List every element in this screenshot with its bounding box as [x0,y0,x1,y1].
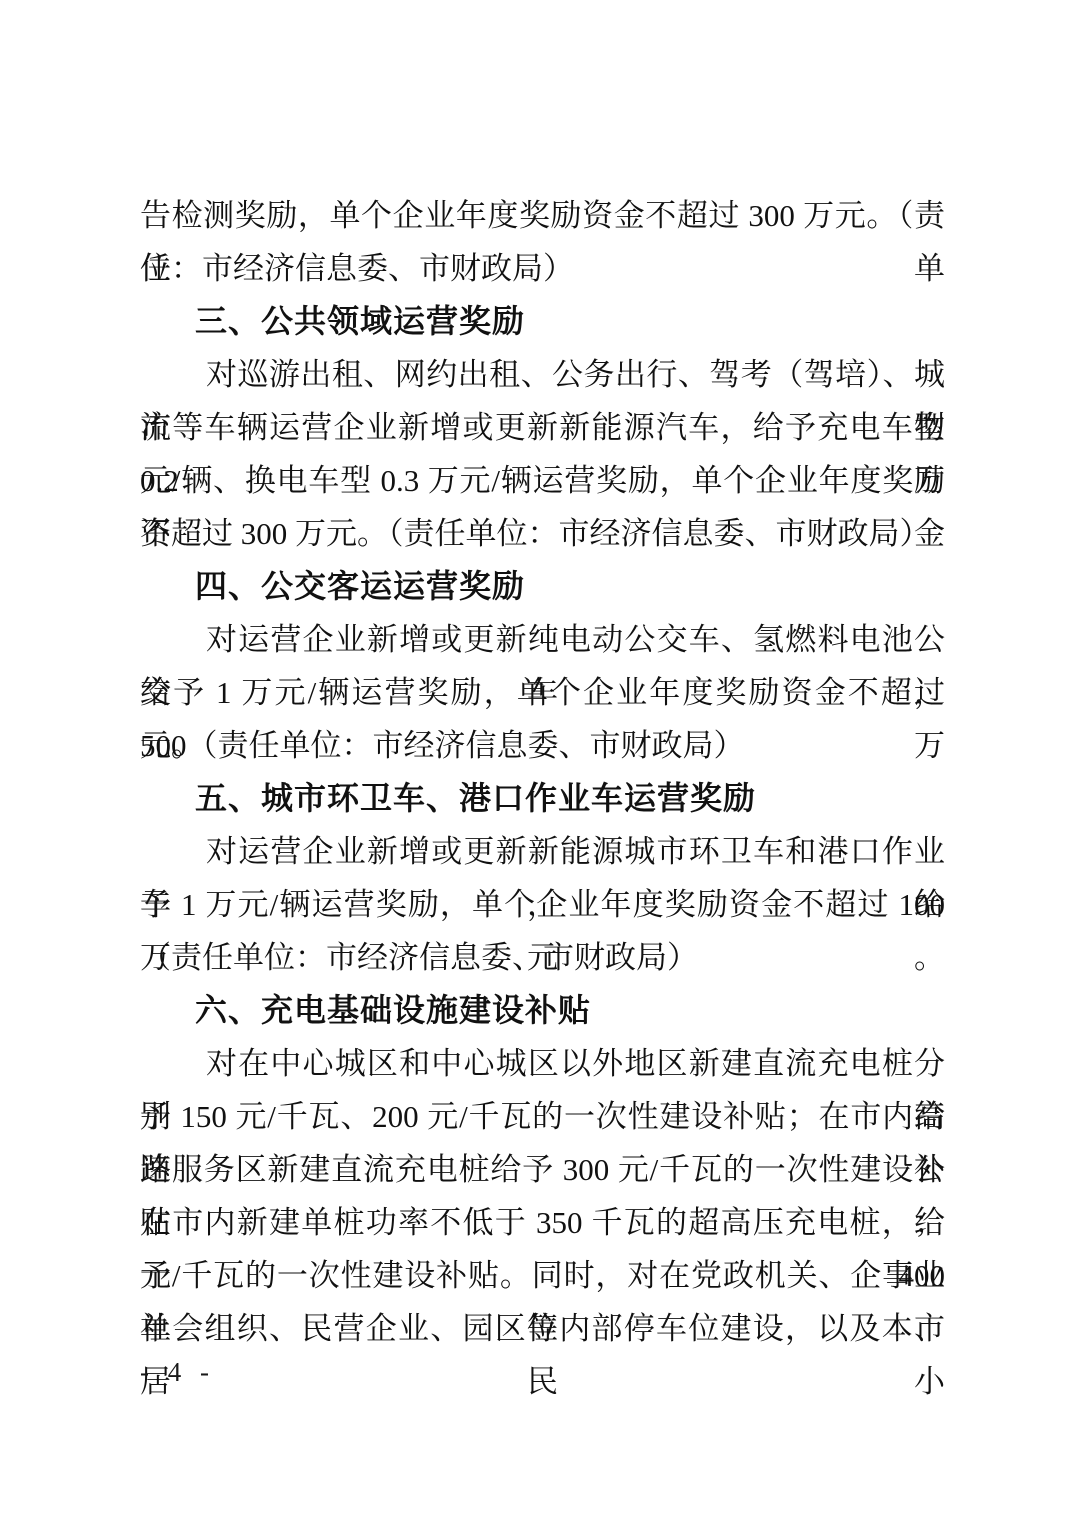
document-line: 给予 1 万元/辆运营奖励，单个企业年度奖励资金不超过 500 万 [140,666,945,719]
document-line: 社会组织、民营企业、园区等内部停车位建设，以及本市居民小 [140,1302,945,1355]
document-line: 流等车辆运营企业新增或更新新能源汽车，给予充电车型 0.2 万 [140,401,945,454]
document-line: 对在中心城区和中心城区以外地区新建直流充电桩分别给 [140,1037,945,1090]
document-body: 告检测奖励，单个企业年度奖励资金不超过 300 万元。（责任单位：市经济信息委、… [140,189,945,1355]
document-line: 对运营企业新增或更新纯电动公交车、氢燃料电池公交车， [140,613,945,666]
document-line: 元/千瓦的一次性建设补贴。同时，对在党政机关、企事业单位、 [140,1249,945,1302]
section-heading: 四、公交客运运营奖励 [140,560,945,613]
section-heading: 三、公共领域运营奖励 [140,295,945,348]
document-line: 予 1 万元/辆运营奖励，单个企业年度奖励资金不超过 100 万元。 [140,878,945,931]
section-heading: 五、城市环卫车、港口作业车运营奖励 [140,772,945,825]
page-number: - 4 - [140,1352,215,1392]
document-line: 予 150 元/千瓦、200 元/千瓦的一次性建设补贴；在市内高速公 [140,1090,945,1143]
document-line: 对运营企业新增或更新新能源城市环卫车和港口作业车，给 [140,825,945,878]
document-line: 路服务区新建直流充电桩给予 300 元/千瓦的一次性建设补贴； [140,1143,945,1196]
document-line: 在市内新建单桩功率不低于 350 千瓦的超高压充电桩，给予 400 [140,1196,945,1249]
section-heading: 六、充电基础设施建设补贴 [140,984,945,1037]
document-line: 元/辆、换电车型 0.3 万元/辆运营奖励，单个企业年度奖励资金 [140,454,945,507]
document-line: 告检测奖励，单个企业年度奖励资金不超过 300 万元。（责任单 [140,189,945,242]
document-page: 告检测奖励，单个企业年度奖励资金不超过 300 万元。（责任单位：市经济信息委、… [0,0,1074,1520]
document-line: 对巡游出租、网约出租、公务出行、驾考（驾培）、城市物 [140,348,945,401]
document-line: 不超过 300 万元。（责任单位：市经济信息委、市财政局） [140,507,945,560]
